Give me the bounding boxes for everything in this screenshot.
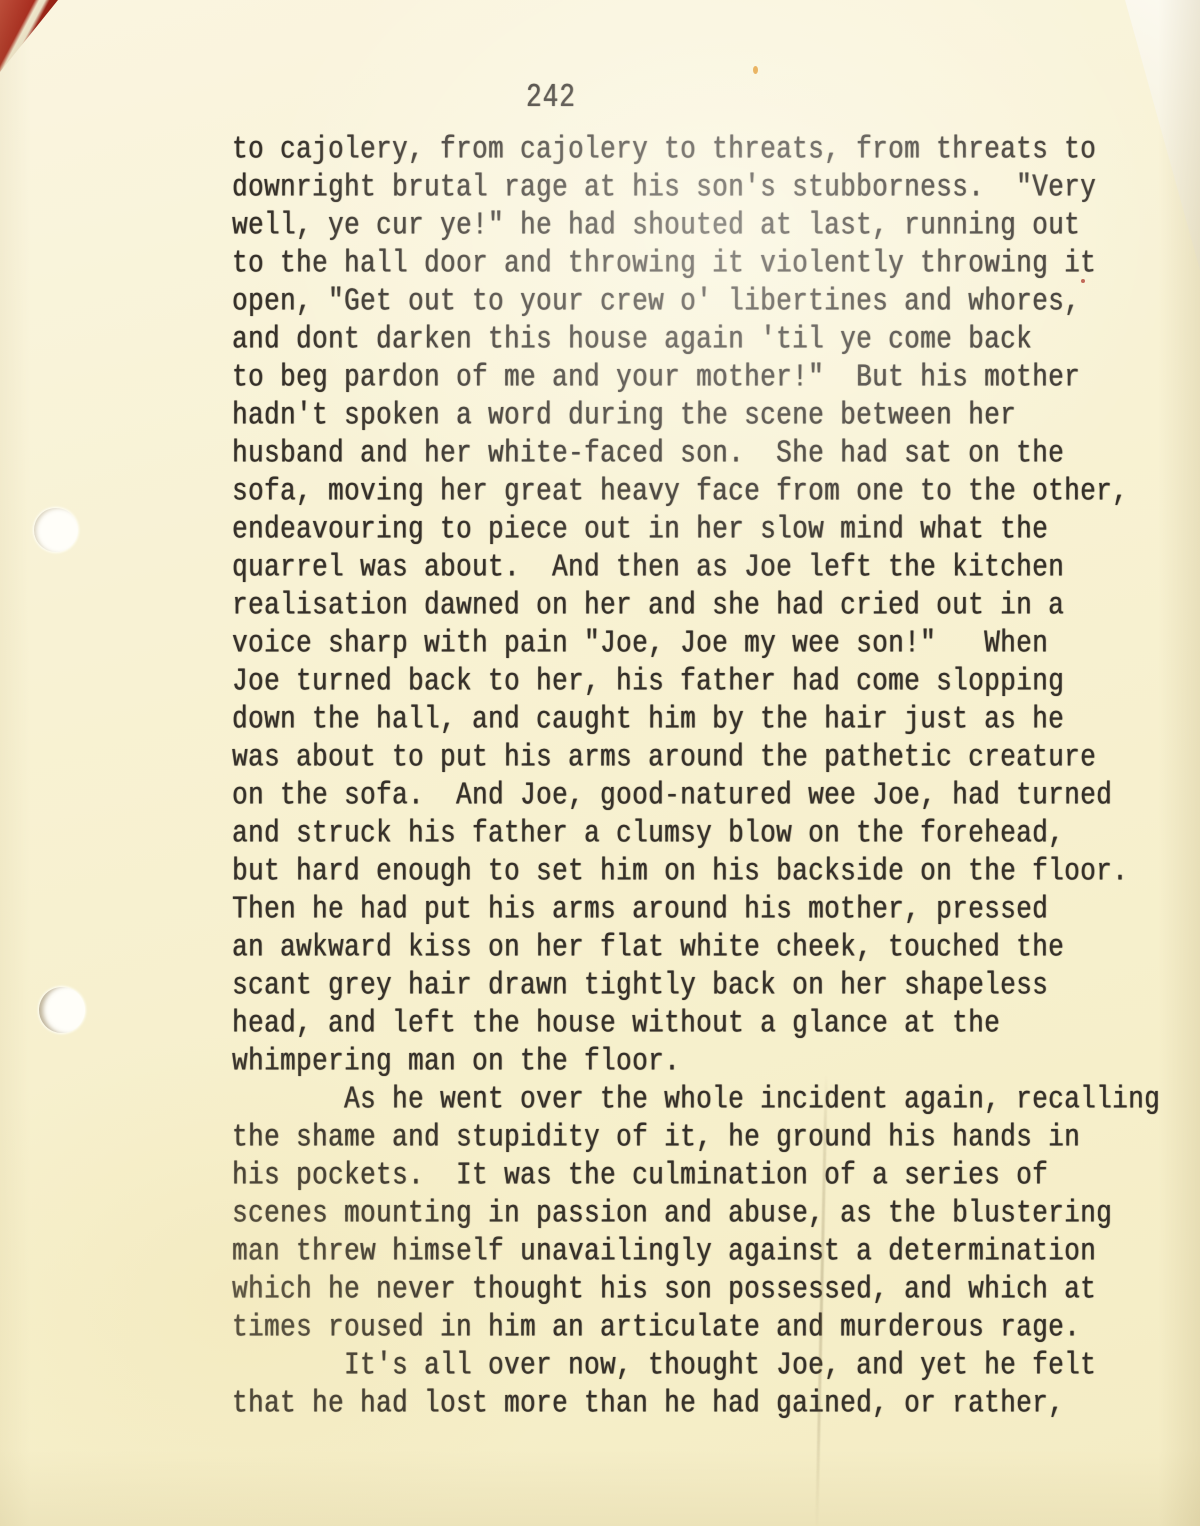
punch-hole-top: [34, 508, 78, 552]
paper-stain-speck: [753, 66, 758, 74]
red-corner-tab: [0, 0, 58, 72]
typed-text: to cajolery, from cajolery to threats, f…: [232, 130, 1160, 1422]
red-ink-speck: [1081, 279, 1085, 283]
manuscript-page: 242 to cajolery, from cajolery to threat…: [0, 0, 1200, 1526]
punch-hole-bottom: [39, 987, 85, 1033]
typed-line: that he had lost more than he had gained…: [232, 1380, 1160, 1426]
page-number: 242: [526, 78, 576, 117]
